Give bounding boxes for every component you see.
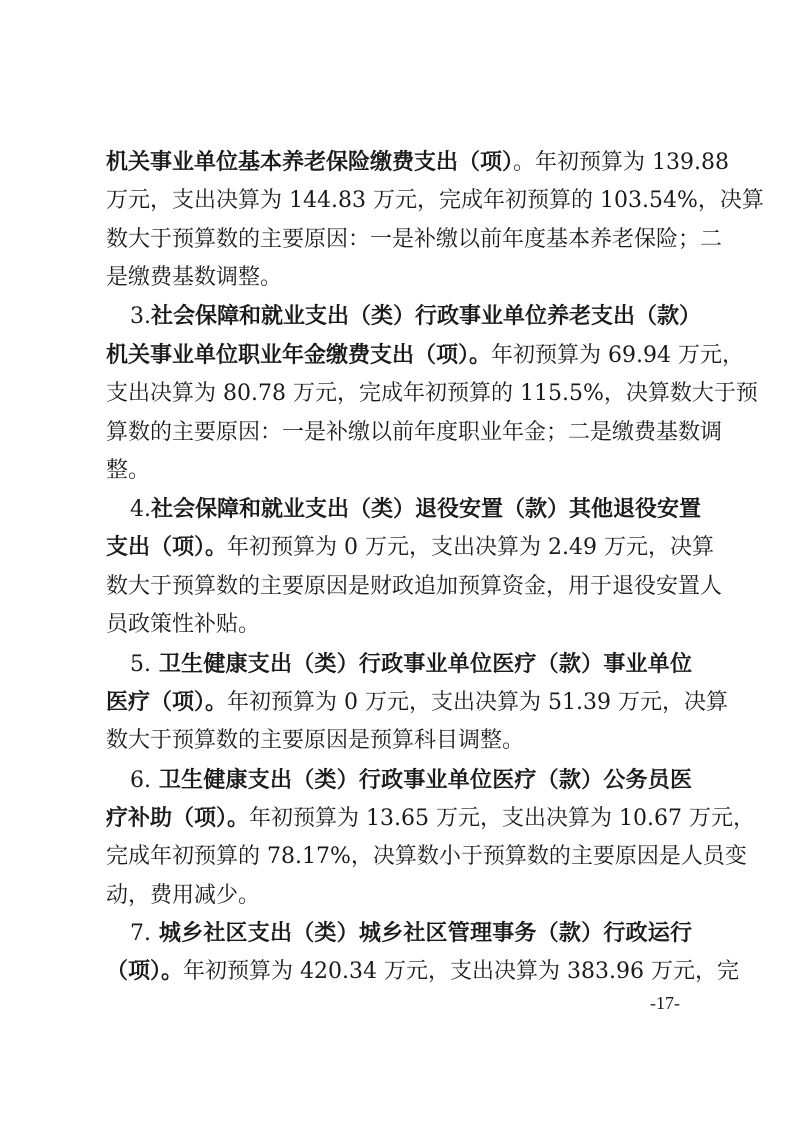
paragraph-line: （项）。年初预算为 420.34 万元，支出决算为 383.96 万元，完 — [106, 957, 692, 987]
item-number: 3. — [130, 304, 151, 329]
body-text: 年初预算为 420.34 万元，支出决算为 383.96 万元，完 — [183, 959, 739, 984]
item-heading: 疗补助（项）。 — [106, 806, 249, 831]
body-text: 年初预算为 0 万元，支出决算为 2.49 万元，决算 — [227, 535, 714, 560]
body-text: 员政策性补贴。 — [106, 612, 260, 637]
body-text: 完成年初预算的 78.17%，决算数小于预算数的主要原因是人员变 — [106, 844, 747, 869]
body-text: 年初预算为 69.94 万元， — [491, 343, 744, 368]
paragraph-line: 数大于预算数的主要原因是预算科目调整。 — [106, 726, 692, 756]
item-heading: 社会保障和就业支出（类）退役安置（款）其他退役安置 — [151, 497, 701, 522]
paragraph-line: 动，费用减少。 — [106, 881, 692, 911]
paragraph-line: 机关事业单位职业年金缴费支出（项）。年初预算为 69.94 万元， — [106, 341, 692, 371]
item-number: 4. — [130, 497, 151, 522]
body-text: 算数的主要原因：一是补缴以前年度职业年金；二是缴费基数调 — [106, 420, 722, 445]
paragraph-line: 支出（项）。年初预算为 0 万元，支出决算为 2.49 万元，决算 — [106, 533, 692, 563]
item-number: 7. — [130, 921, 151, 946]
item-heading: 卫生健康支出（类）行政事业单位医疗（款）公务员医 — [151, 768, 692, 793]
paragraph-line: 支出决算为 80.78 万元，完成年初预算的 115.5%，决算数大于预 — [106, 379, 692, 409]
body-text: 年初预算为 13.65 万元，支出决算为 10.67 万元， — [249, 806, 755, 831]
paragraph-line: 数大于预算数的主要原因是财政追加预算资金，用于退役安置人 — [106, 572, 692, 602]
paragraph-line: 完成年初预算的 78.17%，决算数小于预算数的主要原因是人员变 — [106, 842, 692, 872]
item-heading: 卫生健康支出（类）行政事业单位医疗（款）事业单位 — [151, 652, 692, 677]
paragraph-line: 6. 卫生健康支出（类）行政事业单位医疗（款）公务员医 — [106, 766, 692, 796]
item-number: 5. — [130, 652, 151, 677]
body-text: 数大于预算数的主要原因是预算科目调整。 — [106, 728, 524, 753]
item-heading: 支出（项）。 — [106, 535, 227, 560]
item-heading: 机关事业单位基本养老保险缴费支出（项） — [106, 150, 513, 175]
paragraph-line: 5. 卫生健康支出（类）行政事业单位医疗（款）事业单位 — [106, 650, 692, 680]
item-heading: 医疗（项）。 — [106, 690, 227, 715]
body-text: 万元，支出决算为 144.83 万元，完成年初预算的 103.54%，决算 — [106, 188, 764, 213]
paragraph-line: 疗补助（项）。年初预算为 13.65 万元，支出决算为 10.67 万元， — [106, 804, 692, 834]
paragraph-line: 员政策性补贴。 — [106, 610, 692, 640]
paragraph-line: 3.社会保障和就业支出（类）行政事业单位养老支出（款） — [106, 302, 692, 332]
paragraph-line: 算数的主要原因：一是补缴以前年度职业年金；二是缴费基数调 — [106, 418, 692, 448]
item-heading: 城乡社区支出（类）城乡社区管理事务（款）行政运行 — [151, 921, 692, 946]
body-text: 年初预算为 0 万元，支出决算为 51.39 万元，决算 — [227, 690, 728, 715]
paragraph-line: 机关事业单位基本养老保险缴费支出（项）。年初预算为 139.88 — [106, 148, 692, 178]
page-number: -17- — [650, 990, 680, 1016]
body-text: 是缴费基数调整。 — [106, 265, 282, 290]
body-text: 数大于预算数的主要原因：一是补缴以前年度基本养老保险；二 — [106, 227, 722, 252]
paragraph-line: 数大于预算数的主要原因：一是补缴以前年度基本养老保险；二 — [106, 225, 692, 255]
body-text: 支出决算为 80.78 万元，完成年初预算的 115.5%，决算数大于预 — [106, 381, 758, 406]
paragraph-line: 7. 城乡社区支出（类）城乡社区管理事务（款）行政运行 — [106, 919, 692, 949]
item-number: 6. — [130, 768, 151, 793]
paragraph-line: 是缴费基数调整。 — [106, 263, 692, 293]
paragraph-line: 整。 — [106, 456, 692, 486]
item-heading: 机关事业单位职业年金缴费支出（项）。 — [106, 343, 491, 368]
body-text: 动，费用减少。 — [106, 883, 260, 908]
item-heading: 社会保障和就业支出（类）行政事业单位养老支出（款） — [151, 304, 701, 329]
paragraph-line: 万元，支出决算为 144.83 万元，完成年初预算的 103.54%，决算 — [106, 186, 692, 216]
document-page: 机关事业单位基本养老保险缴费支出（项）。年初预算为 139.88 万元，支出决算… — [0, 0, 793, 1122]
body-text: 。年初预算为 139.88 — [513, 150, 729, 175]
paragraph-line: 医疗（项）。年初预算为 0 万元，支出决算为 51.39 万元，决算 — [106, 688, 692, 718]
body-text: 数大于预算数的主要原因是财政追加预算资金，用于退役安置人 — [106, 574, 722, 599]
body-text: 整。 — [106, 458, 150, 483]
item-heading: （项）。 — [106, 959, 183, 984]
paragraph-line: 4.社会保障和就业支出（类）退役安置（款）其他退役安置 — [106, 495, 692, 525]
